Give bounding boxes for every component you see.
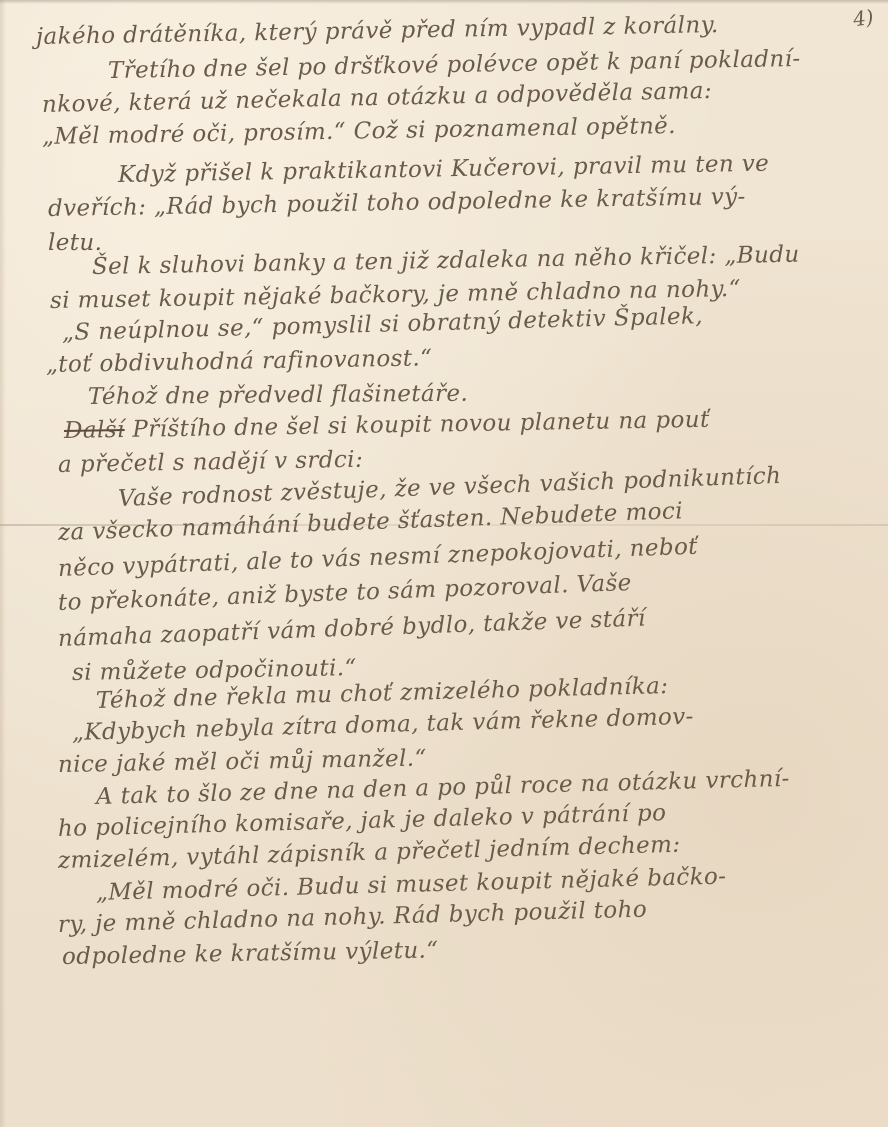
text-line: „toť obdivuhodná rafinovanost.“ <box>46 345 433 378</box>
text-line: letu. <box>48 230 102 256</box>
text-line: nice jaké měl oči můj manžel.“ <box>58 746 427 778</box>
text-line: „Měl modré oči, prosím.“ Což si poznamen… <box>42 113 676 150</box>
page-number: 4) <box>852 5 876 32</box>
text-line: jakého drátěníka, který právě před ním v… <box>36 12 719 50</box>
text-line: Šel k sluhovi banky a ten již zdaleka na… <box>92 242 800 280</box>
text-line: dveřích: „Rád bych použil toho odpoledne… <box>48 184 746 222</box>
text-line: Téhož dne předvedl flašinetáře. <box>88 381 468 410</box>
text-line: Když přišel k praktikantovi Kučerovi, pr… <box>118 151 770 188</box>
text-fragment: Příštího dne šel si koupit novou planetu… <box>132 407 710 443</box>
top-edge-shadow <box>0 0 888 4</box>
struck-word: Další <box>64 417 125 444</box>
text-line: nkové, která už nečekala na otázku a odp… <box>42 78 713 118</box>
left-edge-shadow <box>0 0 6 1127</box>
text-line: a přečetl s nadějí v srdci: <box>58 447 364 478</box>
manuscript-page: 4) jakého drátěníka, který právě před ní… <box>0 0 888 1127</box>
text-line-with-correction: Další Příštího dne šel si koupit novou p… <box>64 407 710 444</box>
text-line: odpoledne ke kratšímu výletu.“ <box>62 937 439 970</box>
